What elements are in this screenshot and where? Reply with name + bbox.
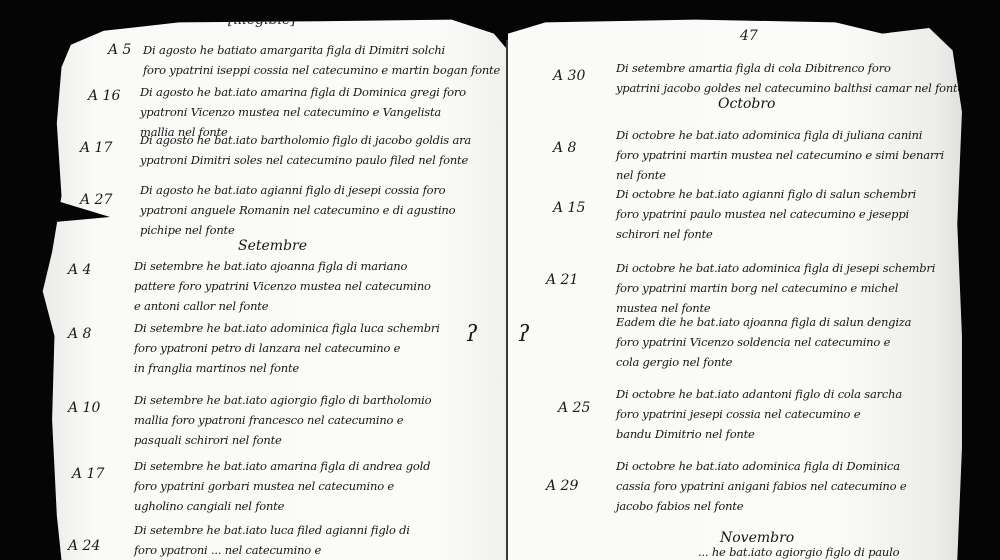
entry-line: ugholino cangiali nel fonte — [134, 496, 430, 516]
entry-line: ypatroni anguele Romanin nel catecumino … — [140, 200, 455, 220]
entry-line: jacobo fabios nel fonte — [616, 496, 906, 516]
entry-line: Di setembre he bat.iato amarina figla di… — [134, 456, 430, 476]
entry-date: A 30 — [553, 68, 585, 84]
right-page: 47 A 30 Di setembre amartia figla di col… — [508, 0, 976, 560]
entry-date: A 27 — [80, 192, 112, 208]
baptism-entry: Di octobre he bat.iato adantoni figlo di… — [616, 384, 902, 444]
baptism-entry: Di octobre he bat.iato adominica figla d… — [616, 258, 935, 318]
baptism-entry: Eadem die he bat.iato ajoanna figla di s… — [616, 312, 911, 372]
entry-line: pasquali schirori nel fonte — [134, 430, 431, 450]
entry-date: A 16 — [88, 88, 120, 104]
entry-line: mallia foro ypatroni francesco nel catec… — [134, 410, 431, 430]
entry-date: A 8 — [68, 326, 91, 342]
entry-line: Di agosto he batiato amargarita figla di… — [143, 40, 500, 60]
baptism-entry: Di octobre he bat.iato agianni figlo di … — [616, 184, 916, 244]
entry-line: foro ypatrini gorbari mustea nel catecum… — [134, 476, 430, 496]
entry-date: A 17 — [72, 466, 104, 482]
baptism-entry: Di setembre he bat.iato amarina figla di… — [134, 456, 430, 516]
baptism-entry: ... he bat.iato agiorgio figlo di paulo — [698, 542, 899, 560]
margin-mark: ʔ — [466, 322, 478, 347]
entry-line: Di octobre he bat.iato adominica figla d… — [616, 258, 935, 278]
baptism-entry: Di octobre he bat.iato adominica figla d… — [616, 456, 906, 516]
entry-line: Di setembre he bat.iato ajoanna figla di… — [134, 256, 431, 276]
entry-date: A 10 — [68, 400, 100, 416]
entry-line: e antoni callor nel fonte — [134, 296, 431, 316]
book-gutter — [506, 40, 508, 560]
entry-date: A 5 — [108, 42, 131, 58]
entry-line: foro ypatrini martin borg nel catecumino… — [616, 278, 935, 298]
entry-line: Di setembre amartia figla di cola Dibitr… — [616, 58, 964, 78]
entry-line: foro ypatroni ... nel catecumino e — [134, 540, 410, 560]
entry-line: ypatroni Vicenzo mustea nel catecumino e… — [140, 102, 466, 122]
baptism-entry: Di setembre amartia figla di cola Dibitr… — [616, 58, 964, 98]
entry-line: ... he bat.iato agiorgio figlo di paulo — [698, 542, 899, 560]
entry-line: ypatrini jacobo goldes nel catecumino ba… — [616, 78, 964, 98]
left-page: [illegible] A 5 Di agosto he batiato ama… — [38, 0, 508, 560]
entry-date: A 29 — [546, 478, 578, 494]
entry-line: schirori nel fonte — [616, 224, 916, 244]
entry-line: foro ypatrini Vicenzo soldencia nel cate… — [616, 332, 911, 352]
entry-line: Di agosto he bat.iato amarina figla di D… — [140, 82, 466, 102]
page-number-right: 47 — [740, 28, 758, 44]
entry-line: pichipe nel fonte — [140, 220, 455, 240]
page-number-left: [illegible] — [228, 12, 296, 28]
entry-date: A 24 — [68, 538, 100, 554]
entry-line: foro ypatrini jesepi cossia nel catecumi… — [616, 404, 902, 424]
entry-line: foro ypatrini iseppi cossia nel catecumi… — [143, 60, 500, 80]
month-heading: Setembre — [238, 238, 307, 254]
baptism-entry: Di setembre he bat.iato agiorgio figlo d… — [134, 390, 431, 450]
entry-date: A 15 — [553, 200, 585, 216]
entry-line: cola gergio nel fonte — [616, 352, 911, 372]
entry-line: bandu Dimitrio nel fonte — [616, 424, 902, 444]
entry-line: ypatroni Dimitri soles nel catecumino pa… — [140, 150, 471, 170]
entry-line: foro ypatroni petro di lanzara nel catec… — [134, 338, 440, 358]
baptism-entry: Di octobre he bat.iato adominica figla d… — [616, 125, 944, 185]
entry-line: Di agosto he bat.iato agianni figlo di j… — [140, 180, 455, 200]
margin-mark: ʔ — [518, 322, 530, 347]
entry-line: Di setembre he bat.iato adominica figla … — [134, 318, 440, 338]
entry-line: Di octobre he bat.iato adominica figla d… — [616, 125, 944, 145]
baptism-entry: Di setembre he bat.iato adominica figla … — [134, 318, 440, 378]
scanned-register-spread: [illegible] A 5 Di agosto he batiato ama… — [0, 0, 1000, 560]
month-heading: Octobro — [718, 96, 775, 112]
entry-line: cassia foro ypatrini anigani fabios nel … — [616, 476, 906, 496]
entry-date: A 21 — [546, 272, 578, 288]
entry-line: Di setembre he bat.iato luca filed agian… — [134, 520, 410, 540]
baptism-entry: Di setembre he bat.iato ajoanna figla di… — [134, 256, 431, 316]
entry-date: A 17 — [80, 140, 112, 156]
entry-line: in franglia martinos nel fonte — [134, 358, 440, 378]
entry-line: nel fonte — [616, 165, 944, 185]
entry-line: Di octobre he bat.iato adantoni figlo di… — [616, 384, 902, 404]
entry-line: pattere foro ypatrini Vicenzo mustea nel… — [134, 276, 431, 296]
entry-line: Di octobre he bat.iato adominica figla d… — [616, 456, 906, 476]
entry-date: A 4 — [68, 262, 91, 278]
baptism-entry: Di agosto he bat.iato bartholomio figlo … — [140, 130, 471, 170]
baptism-entry: Di agosto he batiato amargarita figla di… — [143, 40, 500, 80]
entry-line: Di setembre he bat.iato agiorgio figlo d… — [134, 390, 431, 410]
baptism-entry: Di agosto he bat.iato agianni figlo di j… — [140, 180, 455, 240]
entry-line: foro ypatrini paulo mustea nel catecumin… — [616, 204, 916, 224]
entry-date: A 25 — [558, 400, 590, 416]
entry-line: Di octobre he bat.iato agianni figlo di … — [616, 184, 916, 204]
entry-date: A 8 — [553, 140, 576, 156]
entry-line: Di agosto he bat.iato bartholomio figlo … — [140, 130, 471, 150]
entry-line: foro ypatrini martin mustea nel catecumi… — [616, 145, 944, 165]
entry-line: Eadem die he bat.iato ajoanna figla di s… — [616, 312, 911, 332]
baptism-entry: Di setembre he bat.iato luca filed agian… — [134, 520, 410, 560]
